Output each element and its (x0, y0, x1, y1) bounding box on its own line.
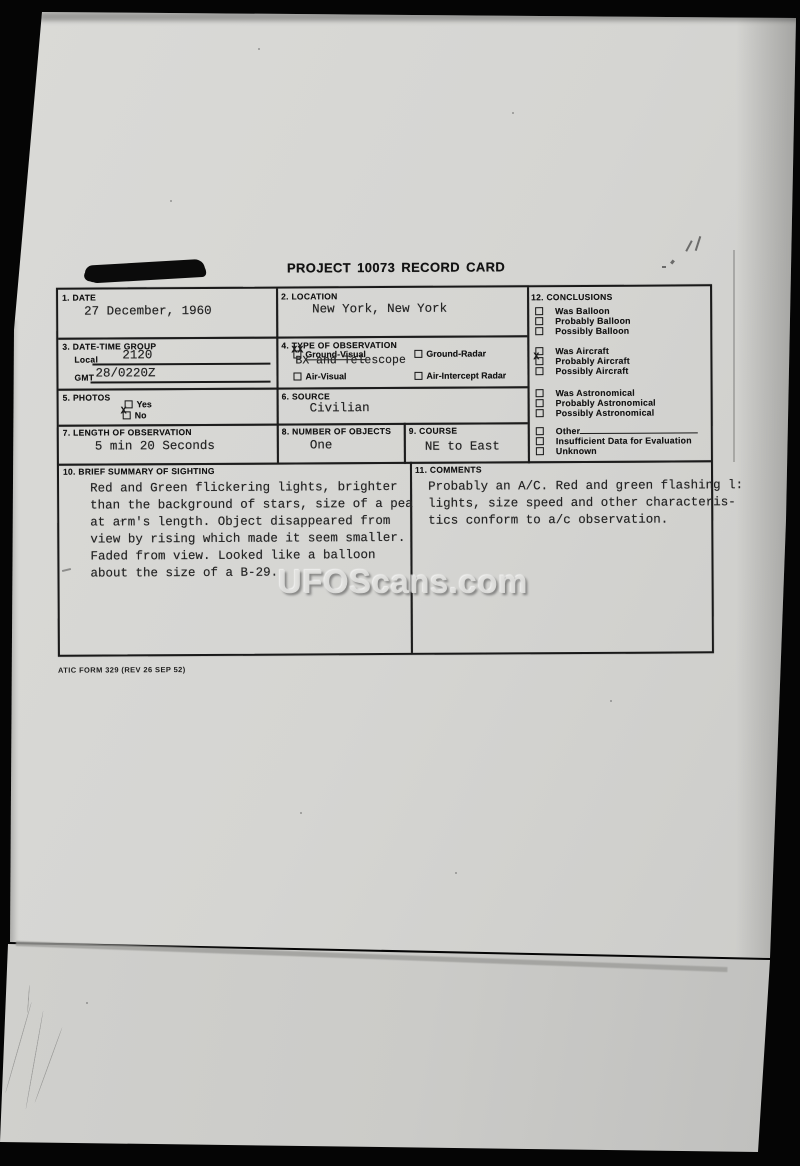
checkbox-icon (536, 436, 556, 446)
number-of-objects-label: 8. NUMBER OF OBJECTS (282, 426, 391, 437)
checkbox-icon: X (123, 410, 135, 420)
observation-option: Air-Intercept Radar (414, 370, 506, 380)
checkbox-icon (535, 366, 555, 376)
checkbox-icon (536, 388, 556, 398)
conclusion-item-label: Other (556, 426, 581, 436)
conclusion-item: Was Balloon (535, 306, 610, 316)
divider (59, 386, 528, 390)
checkbox-icon (414, 371, 426, 381)
checkbox-icon (535, 316, 555, 326)
source-label: 6. SOURCE (282, 391, 331, 401)
observation-option-label: Ground-Radar (426, 348, 486, 358)
divider (59, 460, 711, 465)
checkbox-x-mark: X (533, 352, 539, 363)
checkbox-icon (536, 408, 556, 418)
comments-label: 11. COMMENTS (415, 465, 482, 475)
local-underline (92, 363, 270, 365)
card-title: PROJECT 10073 RECORD CARD (287, 259, 505, 275)
record-card-document: PROJECT 10073 RECORD CARD 1. DATE 27 Dec… (56, 256, 718, 689)
paper-top-shadow (40, 12, 800, 21)
location-label: 2. LOCATION (281, 291, 338, 301)
checkbox-icon (414, 349, 426, 359)
photos-label: 5. PHOTOS (63, 392, 111, 402)
typed-text-line: at arm's length. Object disappeared from (90, 513, 435, 532)
conclusion-item: Probably Balloon (535, 316, 631, 327)
conclusion-item-label: Possibly Balloon (555, 326, 629, 336)
watermark-text: UFOScans.com (278, 563, 528, 601)
typed-text-line: lights, size speed and other characteris… (428, 494, 773, 513)
conclusion-item: XProbably Aircraft (535, 356, 630, 366)
divider (404, 423, 406, 464)
conclusion-item-label: Possibly Astronomical (556, 408, 655, 419)
typed-text-line: tics conform to a/c observation. (428, 511, 773, 530)
scanned-record-card-photo: PROJECT 10073 RECORD CARD 1. DATE 27 Dec… (0, 0, 800, 1166)
gmt-value: 28/0220Z (95, 366, 155, 380)
conclusion-item-label: Was Astronomical (556, 388, 635, 398)
typed-text-line: view by rising which made it seem smalle… (90, 530, 435, 549)
brief-summary-label: 10. BRIEF SUMMARY OF SIGHTING (63, 466, 215, 477)
source-value: Civilian (310, 401, 370, 415)
checkbox-icon (536, 398, 556, 408)
redaction-mark (85, 259, 206, 283)
conclusion-item-label: Probably Astronomical (556, 398, 656, 409)
photos-option-label: Yes (137, 399, 152, 409)
course-label: 9. COURSE (409, 426, 458, 436)
observation-option-label: Air-Intercept Radar (426, 370, 506, 380)
observation-options: XXGround-VisualGround-RadarAir-VisualAir… (58, 286, 710, 289)
observation-option: Ground-Radar (414, 348, 486, 358)
comments-text: Probably an A/C. Red and green flashing … (428, 477, 773, 530)
paper-left-shadow (8, 320, 18, 950)
form-number-footer: ATIC FORM 329 (REV 26 SEP 52) (58, 665, 186, 675)
date-label: 1. DATE (62, 293, 96, 303)
conclusion-item-label: Insufficient Data for Evaluation (556, 435, 692, 446)
typed-text-line: Probably an A/C. Red and green flashing … (428, 477, 773, 496)
checkbox-icon (293, 371, 305, 381)
checkbox-icon (535, 306, 555, 316)
typed-text-line: Red and Green flickering lights, brighte… (90, 479, 435, 498)
pen-mark (662, 266, 666, 268)
observation-typed-note: BX and Telescope (295, 354, 405, 368)
conclusion-item: Possibly Balloon (535, 326, 629, 336)
typed-text-line: than the background of stars, size of a … (90, 496, 435, 515)
checkbox-x-mark: X (121, 406, 127, 417)
conclusion-item: Probably Astronomical (536, 398, 656, 409)
photos-option-label: No (135, 410, 147, 420)
checkbox-icon (536, 426, 556, 436)
divider (527, 287, 530, 463)
conclusion-item: Insufficient Data for Evaluation (536, 435, 692, 446)
conclusions-list: Was BalloonProbably BalloonPossibly Ball… (58, 286, 710, 289)
observation-option: Air-Visual (293, 371, 346, 381)
length-of-observation-label: 7. LENGTH OF OBSERVATION (63, 427, 192, 438)
paper-fold-line (733, 250, 735, 462)
number-of-objects-value: One (310, 438, 333, 452)
conclusion-item-label: Unknown (556, 446, 597, 456)
conclusion-item-label: Was Balloon (555, 306, 610, 316)
other-fill-line (580, 425, 698, 434)
divider (276, 289, 279, 463)
checkbox-icon: X (535, 356, 555, 366)
conclusion-item: Possibly Aircraft (535, 366, 628, 376)
checkbox-icon (535, 326, 555, 336)
conclusions-label: 12. CONCLUSIONS (531, 292, 613, 302)
observation-option-label: Air-Visual (305, 371, 346, 381)
conclusion-item-label: Probably Balloon (555, 316, 631, 326)
checkbox-icon (536, 446, 556, 456)
conclusion-item: Was Aircraft (535, 346, 609, 356)
photos-option: Yes (125, 399, 152, 409)
length-of-observation-value: 5 min 20 Seconds (95, 439, 215, 454)
gmt-underline (91, 381, 271, 383)
photos-option: XNo (123, 410, 147, 420)
conclusion-item-label: Was Aircraft (555, 346, 609, 356)
date-value: 27 December, 1960 (84, 304, 212, 319)
conclusion-item-label: Probably Aircraft (555, 356, 630, 366)
divider (58, 335, 527, 339)
local-value: 2120 (122, 348, 152, 362)
location-value: New York, New York (312, 302, 447, 317)
photos-options: YesXNo (58, 286, 710, 289)
conclusion-item: Possibly Astronomical (536, 408, 655, 419)
course-value: NE to East (425, 439, 500, 453)
conclusion-item: Unknown (536, 446, 597, 456)
conclusion-item-label: Possibly Aircraft (555, 366, 628, 376)
conclusion-item: Was Astronomical (536, 388, 635, 399)
